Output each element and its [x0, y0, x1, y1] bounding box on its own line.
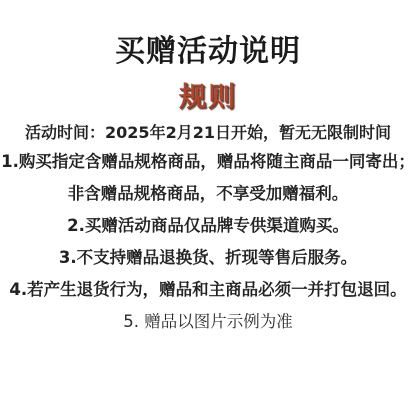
rules-heading: 规则 — [0, 83, 416, 113]
rule-item-4: 4.若产生退货行为，赠品和主商品必须一并打包退回。 — [0, 279, 416, 300]
rule-item-1: 1.购买指定含赠品规格商品，赠品将随主商品一同寄出； — [0, 151, 416, 172]
page-title: 买赠活动说明 — [0, 34, 416, 70]
rule-item-1-continued: 非含赠品规格商品，不享受加赠福利。 — [0, 183, 416, 204]
rule-item-5: 5. 赠品以图片示例为准 — [0, 311, 416, 332]
activity-time-value: 2025年2月21日开始，暂无无限制时间 — [105, 123, 391, 142]
activity-time-label: 活动时间： — [25, 123, 105, 142]
activity-time-line: 活动时间：2025年2月21日开始，暂无无限制时间 — [0, 124, 416, 142]
rule-item-3: 3.不支持赠品退换货、折现等售后服务。 — [0, 247, 416, 268]
rule-item-2: 2.买赠活动商品仅品牌专供渠道购买。 — [0, 215, 416, 236]
promo-rules-poster: 买赠活动说明 规则 活动时间：2025年2月21日开始，暂无无限制时间 1.购买… — [0, 0, 416, 416]
